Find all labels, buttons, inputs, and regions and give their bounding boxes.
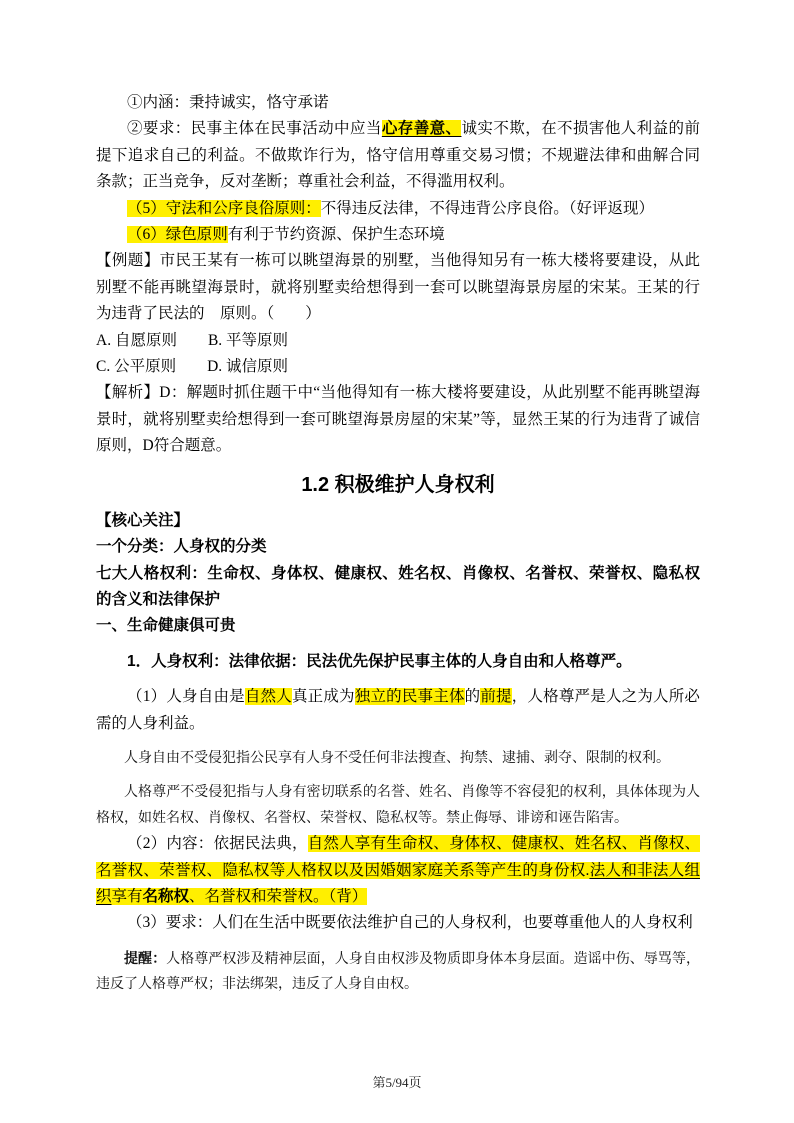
section-title: 1.2 积极维护人身权利 xyxy=(96,472,700,499)
text-run: （1）人身自由是 xyxy=(127,688,245,705)
head-seven-personality-rights: 七大人格权利：生命权、身体权、健康权、姓名权、肖像权、名誉权、荣誉权、隐私权的含… xyxy=(96,561,700,614)
text-run: 一个分类：人身权的分类 xyxy=(96,538,267,555)
para-integrity-connotation: ①内涵：秉持诚实，恪守承诺 xyxy=(96,90,700,116)
page-number-footer: 第5/94页 xyxy=(0,1072,794,1091)
text-run: ②要求：民事主体在民事活动中应当 xyxy=(127,120,382,137)
document-content: ①内涵：秉持诚实，恪守承诺②要求：民事主体在民事活动中应当心存善意、诚实不欺，在… xyxy=(96,90,700,998)
text-run: C. 公平原则 D. 诚信原则 xyxy=(96,358,288,375)
highlighted-text: 、名誉权和荣誉权。（背） xyxy=(189,888,367,905)
highlighted-text: 名称权 xyxy=(143,888,190,905)
text-run: 人身自由不受侵犯指公民享有人身不受任何非法搜查、拘禁、逮捕、剥夺、限制的权利。 xyxy=(124,751,670,766)
para-example-question: 【例题】市民王某有一栋可以眺望海景的别墅，当他得知另有一栋大楼将要建设，从此别墅… xyxy=(96,248,700,327)
para-answer-analysis: 【解析】D：解题时抓住题干中“当他得知有一栋大楼将要建设，从此别墅不能再眺望海景… xyxy=(96,380,700,459)
text-run: 人格尊严不受侵犯指与人身有密切联系的名誉、姓名、肖像等不容侵犯的权利，具体体现为… xyxy=(96,785,700,825)
text-run: 真正成为 xyxy=(292,688,355,705)
para-options-ab: A. 自愿原则 B. 平等原则 xyxy=(96,328,700,354)
text-run: 1.2 积极维护人身权利 xyxy=(301,474,494,496)
para-options-cd: C. 公平原则 D. 诚信原则 xyxy=(96,354,700,380)
text-run: 提醒： xyxy=(124,950,166,966)
highlighted-text: 独立的民事主体 xyxy=(355,688,465,705)
text-run: 1．人身权利：法律依据：民法优先保护民事主体的人身自由和人格尊严。 xyxy=(127,653,632,670)
head-section-one-life-health: 一、生命健康俱可贵 xyxy=(96,613,700,639)
text-run: 不得违反法律，不得违背公序良俗。（好评返现） xyxy=(321,200,654,217)
text-run: 【核心关注】 xyxy=(96,512,189,529)
para-freedom-explanation: 人身自由不受侵犯指公民享有人身不受任何非法搜查、拘禁、逮捕、剥夺、限制的权利。 xyxy=(96,746,700,771)
text-run: A. 自愿原则 B. 平等原则 xyxy=(96,332,288,349)
text-run: ①内涵：秉持诚实，恪守承诺 xyxy=(127,94,329,111)
para-principle-6: （6）绿色原则有利于节约资源、保护生态环境 xyxy=(96,222,700,248)
text-run: 【例题】市民王某有一栋可以眺望海景的别墅，当他得知另有一栋大楼将要建设，从此别墅… xyxy=(96,252,700,322)
text-run: 一、生命健康俱可贵 xyxy=(96,617,236,634)
highlighted-text: 心存善意、 xyxy=(382,120,462,137)
text-run: （3）要求：人们在生活中既要依法维护自己的人身权利，也要尊重他人的人身权利 xyxy=(127,914,693,931)
text-run: 七大人格权利：生命权、身体权、健康权、姓名权、肖像权、名誉权、荣誉权、隐私权的含… xyxy=(96,565,700,608)
para-integrity-requirement: ②要求：民事主体在民事活动中应当心存善意、诚实不欺，在不损害他人利益的前提下追求… xyxy=(96,116,700,195)
para-2-content: （2）内容：依据民法典，自然人享有生命权、身体权、健康权、姓名权、肖像权、名誉权… xyxy=(96,831,700,910)
head-core-focus: 【核心关注】 xyxy=(96,508,700,534)
head-one-classification: 一个分类：人身权的分类 xyxy=(96,534,700,560)
text-run: 的 xyxy=(465,688,481,705)
highlighted-text: 前提 xyxy=(480,688,511,705)
para-principle-5: （5）守法和公序良俗原则：不得违反法律，不得违背公序良俗。（好评返现） xyxy=(96,196,700,222)
highlighted-text: （5）守法和公序良俗原则： xyxy=(127,200,321,217)
text-run: 有利于节约资源、保护生态环境 xyxy=(228,226,445,243)
text-run: 【解析】D：解题时抓住题干中“当他得知有一栋大楼将要建设，从此别墅不能再眺望海景… xyxy=(96,384,700,454)
para-1-personal-freedom: （1）人身自由是自然人真正成为独立的民事主体的前提，人格尊严是人之为人所必需的人… xyxy=(96,684,700,737)
document-page: ①内涵：秉持诚实，恪守承诺②要求：民事主体在民事活动中应当心存善意、诚实不欺，在… xyxy=(0,0,794,1123)
head-personal-rights-legal-basis: 1．人身权利：法律依据：民法优先保护民事主体的人身自由和人格尊严。 xyxy=(96,649,700,675)
text-run: （2）内容：依据民法典， xyxy=(127,835,308,852)
highlighted-text: 享有 xyxy=(112,888,143,905)
para-reminder: 提醒：人格尊严权涉及精神层面，人身自由权涉及物质即身体本身层面。造谣中伤、辱骂等… xyxy=(96,946,700,998)
para-3-requirement: （3）要求：人们在生活中既要依法维护自己的人身权利，也要尊重他人的人身权利 xyxy=(96,910,700,936)
text-run: 人格尊严权涉及精神层面，人身自由权涉及物质即身体本身层面。造谣中伤、辱骂等，违反… xyxy=(96,952,700,992)
highlighted-text: （6）绿色原则 xyxy=(127,226,228,243)
highlighted-text: 自然人 xyxy=(245,688,292,705)
para-dignity-explanation: 人格尊严不受侵犯指与人身有密切联系的名誉、姓名、肖像等不容侵犯的权利，具体体现为… xyxy=(96,780,700,831)
